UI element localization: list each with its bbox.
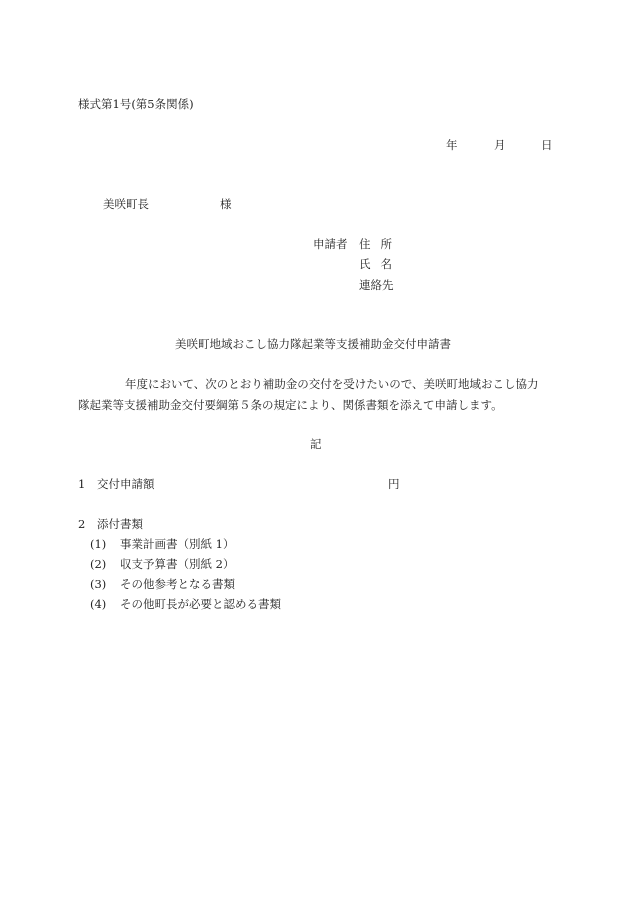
ki-heading: 記 <box>310 437 322 451</box>
attachment-number: (2) <box>90 557 106 571</box>
document-page: 様式第1号(第5条関係) 年 月 日 美咲町長 様 申請者 住所 氏名 連絡先 … <box>0 0 630 903</box>
attachment-number: (1) <box>90 537 106 551</box>
attachment-number: (4) <box>90 597 106 611</box>
item-label-attachments: 添付書類 <box>97 517 143 531</box>
addressee-name: 美咲町長 <box>103 197 149 211</box>
applicant-label: 申請者 <box>313 237 348 251</box>
body-text-line-2: 隊起業等支援補助金交付要綱第５条の規定により、関係書類を添えて申請します。 <box>78 398 503 412</box>
attachment-item: 事業計画書（別紙 1） <box>120 537 234 551</box>
item-label-amount: 交付申請額 <box>97 477 155 491</box>
date-year-label: 年 <box>446 138 458 152</box>
document-title: 美咲町地域おこし協力隊起業等支援補助金交付申請書 <box>175 337 451 351</box>
attachment-item: その他参考となる書類 <box>120 577 235 591</box>
addressee-honorific: 様 <box>220 197 232 211</box>
address-label: 住所 <box>359 237 402 251</box>
attachment-item: その他町長が必要と認める書類 <box>120 597 281 611</box>
contact-label: 連絡先 <box>359 278 394 292</box>
body-text-line-1: 年度において、次のとおり補助金の交付を受けたいので、美咲町地域おこし協力 <box>125 377 539 391</box>
item-number: 1 <box>78 477 85 491</box>
form-number: 様式第1号(第5条関係) <box>78 97 194 111</box>
item-number: 2 <box>78 517 85 531</box>
date-month-label: 月 <box>494 138 506 152</box>
date-day-label: 日 <box>541 138 553 152</box>
attachment-item: 収支予算書（別紙 2） <box>120 557 234 571</box>
name-label: 氏名 <box>359 257 402 271</box>
attachment-number: (3) <box>90 577 106 591</box>
amount-unit: 円 <box>388 477 400 491</box>
